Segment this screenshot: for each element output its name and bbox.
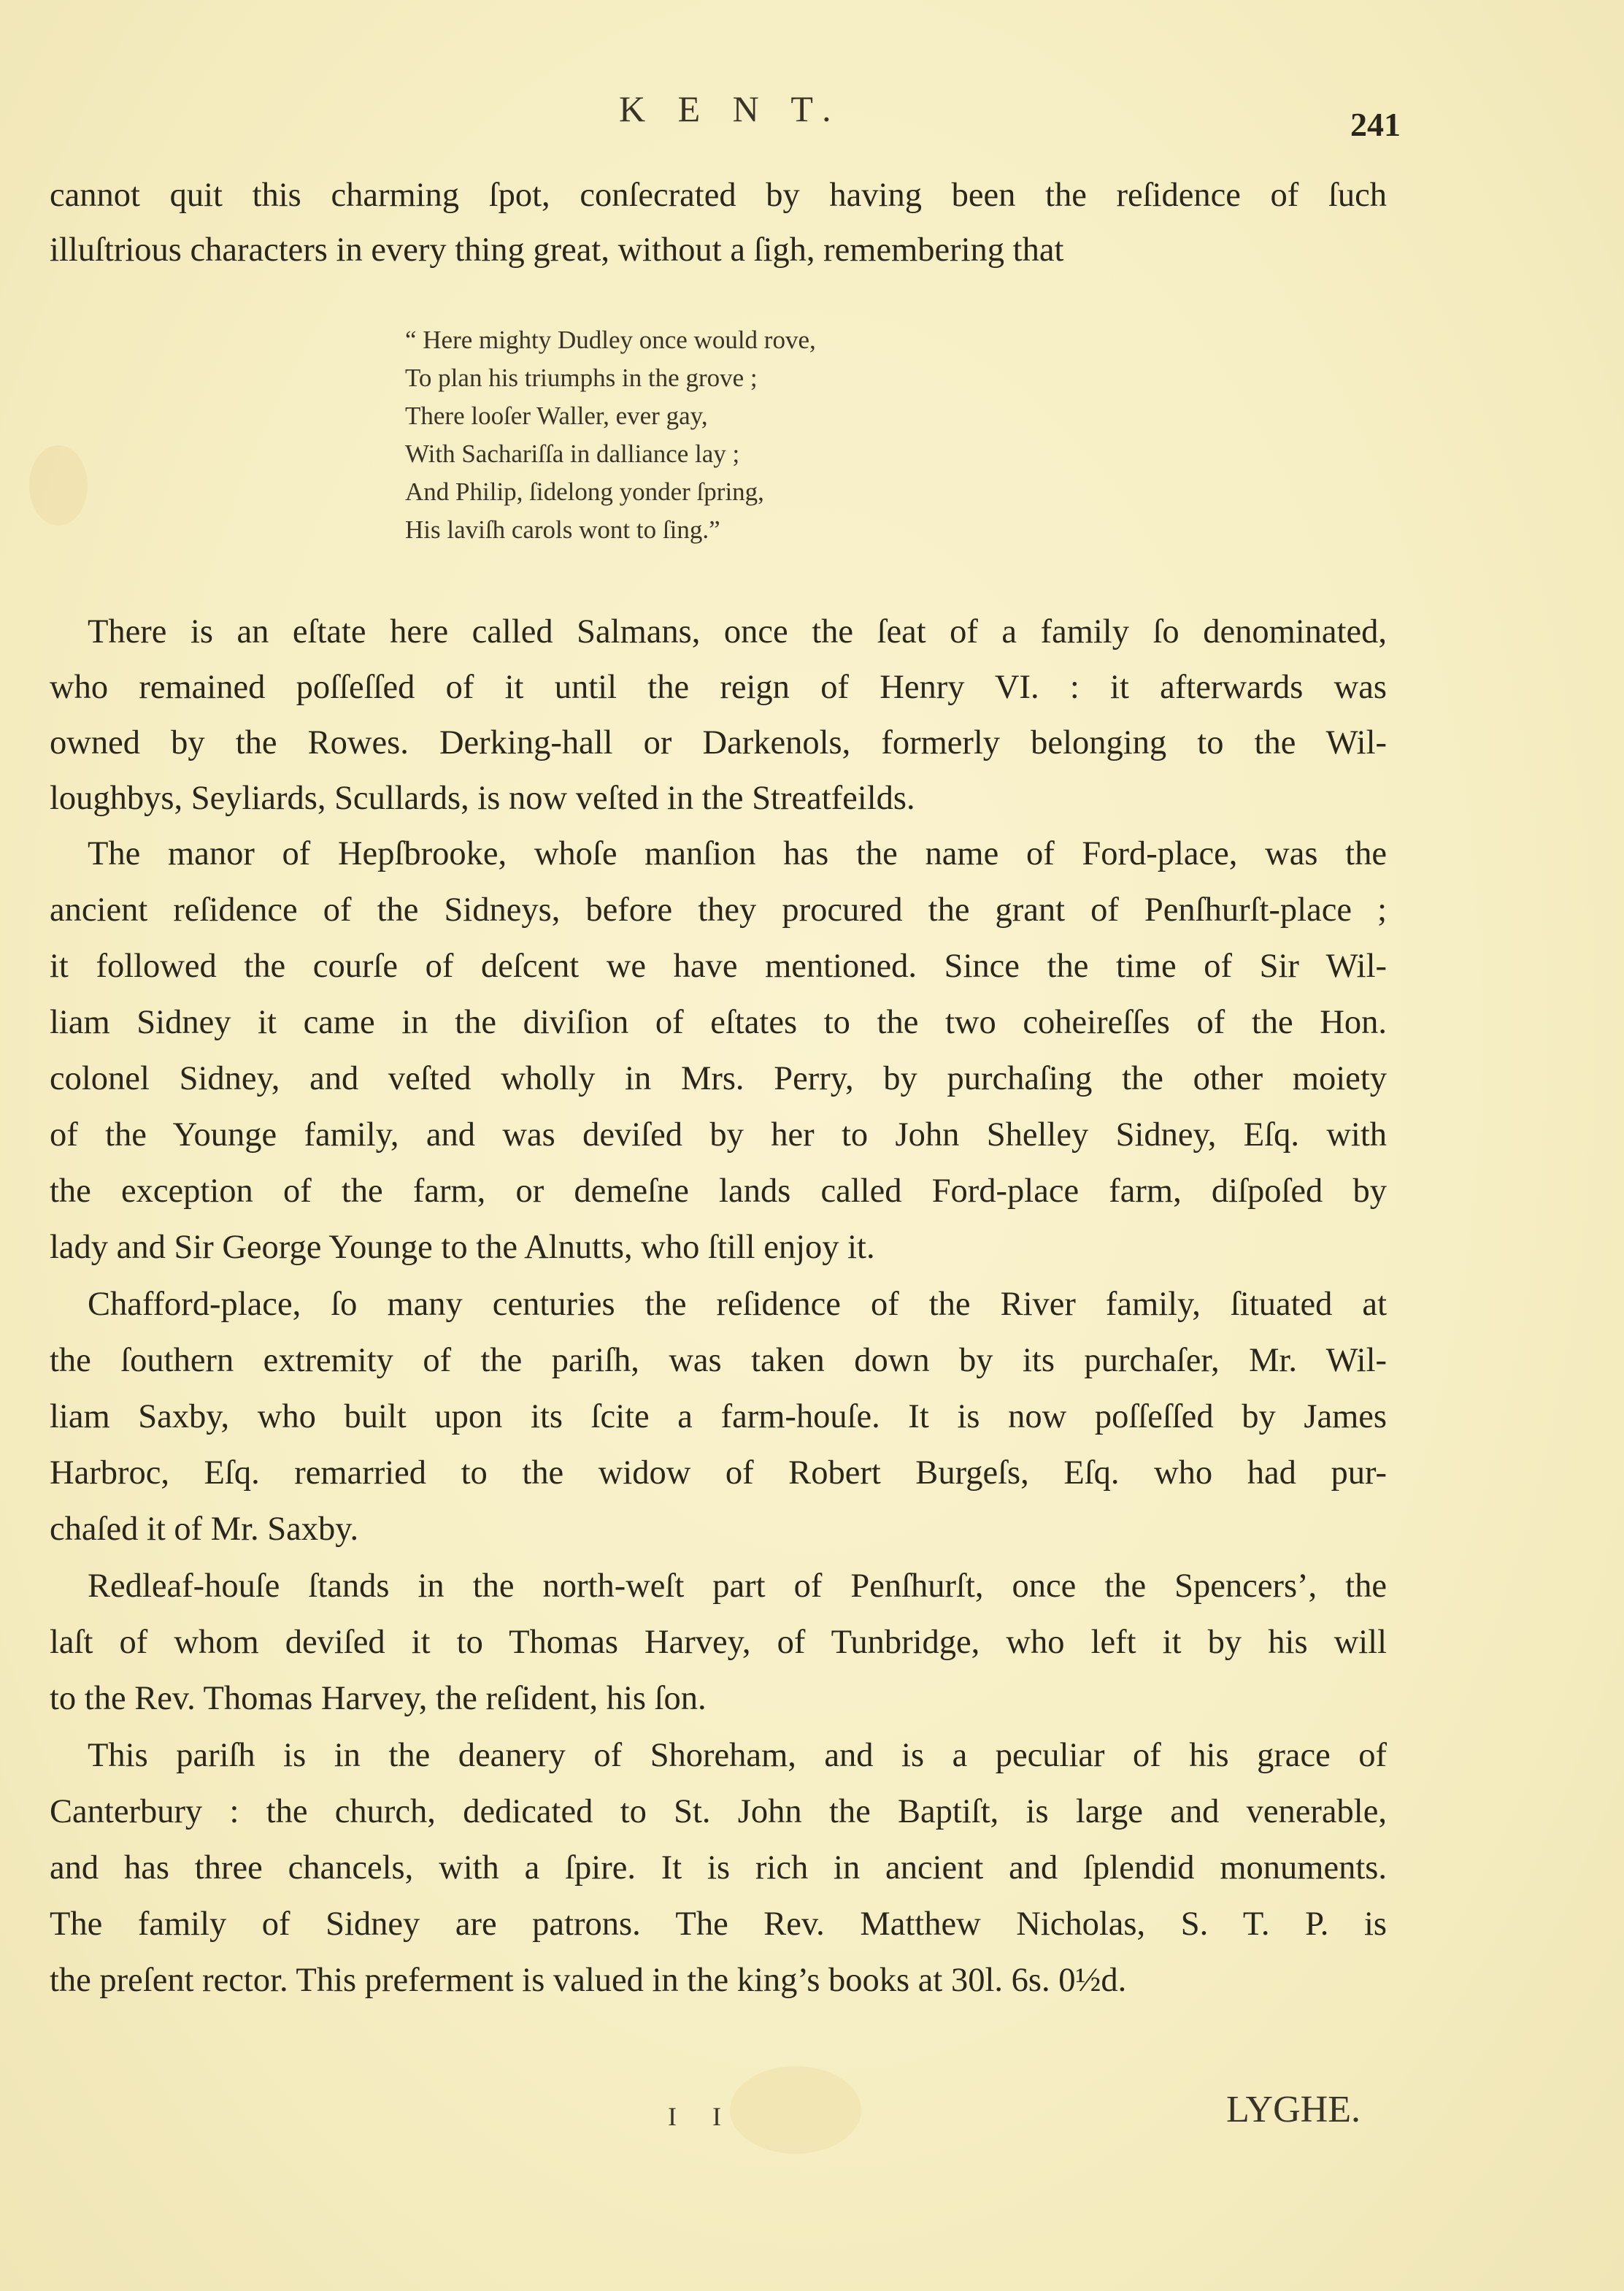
text-line: Harbroc, Eſq. remarried to the widow of …: [50, 1451, 1387, 1495]
verse-line: And Philip, ſidelong yonder ſpring,: [405, 476, 764, 508]
verse-line: There looſer Waller, ever gay,: [405, 400, 708, 432]
text-line: who remained poſſeſſed of it until the r…: [50, 666, 1387, 710]
text-line: the exception of the farm, or demeſne la…: [50, 1170, 1387, 1213]
text-line: chaſed it of Mr. Saxby.: [50, 1508, 1387, 1551]
text-line: cannot quit this charming ſpot, conſecra…: [50, 174, 1387, 218]
verse-line: “ Here mighty Dudley once would rove,: [405, 324, 816, 356]
verse-line: To plan his triumphs in the grove ;: [405, 362, 758, 394]
signature-mark: I I: [668, 2101, 736, 2132]
verse-line: His laviſh carols wont to ſing.”: [405, 514, 720, 546]
text-line: colonel Sidney, and veſted wholly in Mrs…: [50, 1057, 1387, 1101]
text-line: the preſent rector. This preferment is v…: [50, 1959, 1387, 2003]
text-line: The manor of Hepſbrooke, whoſe manſion h…: [88, 832, 1387, 876]
paper-stain: [730, 2066, 861, 2154]
page-number: 241: [1350, 105, 1401, 144]
text-line: and has three chancels, with a ſpire. It…: [50, 1846, 1387, 1890]
verse-line: With Sachariſſa in dalliance lay ;: [405, 438, 739, 470]
text-line: of the Younge family, and was deviſed by…: [50, 1113, 1387, 1157]
book-page: K E N T. 241 cannot quit this charming ſ…: [0, 0, 1624, 2291]
text-line: laſt of whom deviſed it to Thomas Harvey…: [50, 1621, 1387, 1665]
text-line: Chafford-place, ſo many centuries the re…: [88, 1283, 1387, 1327]
catchword: LYGHE.: [1226, 2088, 1361, 2131]
text-line: Redleaf-houſe ſtands in the north-weſt p…: [88, 1565, 1387, 1608]
running-head: K E N T.: [619, 88, 843, 130]
text-line: liam Saxby, who built upon its ſcite a f…: [50, 1395, 1387, 1439]
text-line: The family of Sidney are patrons. The Re…: [50, 1903, 1387, 1946]
text-line: owned by the Rowes. Derking-hall or Dark…: [50, 721, 1387, 765]
text-line: it followed the courſe of deſcent we hav…: [50, 945, 1387, 989]
text-line: lady and Sir George Younge to the Alnutt…: [50, 1226, 1387, 1270]
text-line: This pariſh is in the deanery of Shoreha…: [88, 1734, 1387, 1778]
text-line: the ſouthern extremity of the pariſh, wa…: [50, 1339, 1387, 1383]
text-line: liam Sidney it came in the diviſion of e…: [50, 1001, 1387, 1045]
text-line: loughbys, Seyliards, Scullards, is now v…: [50, 777, 1387, 821]
text-line: ancient reſidence of the Sidneys, before…: [50, 889, 1387, 932]
text-line: illuſtrious characters in every thing gr…: [50, 229, 1387, 272]
text-line: Canterbury : the church, dedicated to St…: [50, 1790, 1387, 1834]
text-line: There is an eſtate here called Salmans, …: [88, 610, 1387, 654]
paper-stain: [29, 445, 88, 526]
text-line: to the Rev. Thomas Harvey, the reſident,…: [50, 1677, 1387, 1721]
